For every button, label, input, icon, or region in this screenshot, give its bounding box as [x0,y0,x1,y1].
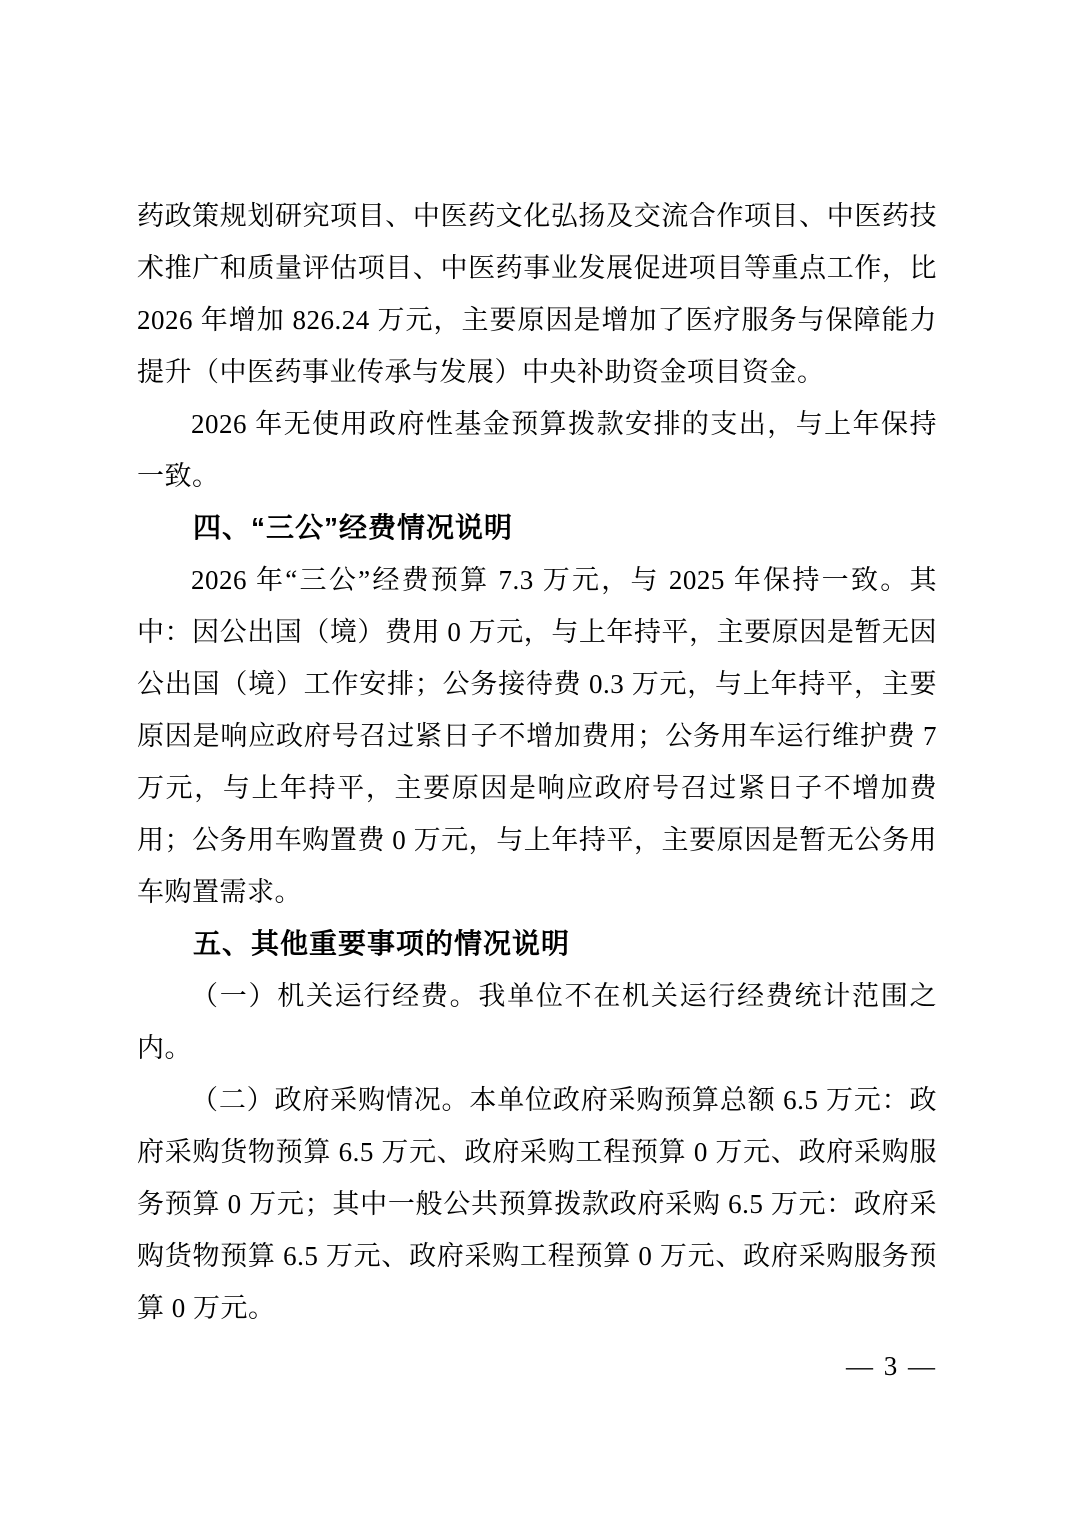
paragraph-gov-fund-budget: 2026 年无使用政府性基金预算拨款安排的支出，与上年保持一致。 [137,398,937,502]
document-page: 药政策规划研究项目、中医药文化弘扬及交流合作项目、中医药技术推广和质量评估项目、… [0,0,1074,1520]
section-heading-five-other-important-matters: 五、其他重要事项的情况说明 [137,918,937,970]
paragraph-agency-operating-expenses: （一）机关运行经费。我单位不在机关运行经费统计范围之内。 [137,970,937,1074]
paragraph-government-procurement: （二）政府采购情况。本单位政府采购预算总额 6.5 万元：政府采购货物预算 6.… [137,1074,937,1334]
paragraph-three-public-expenses-detail: 2026 年“三公”经费预算 7.3 万元，与 2025 年保持一致。其中：因公… [137,554,937,918]
document-body: 药政策规划研究项目、中医药文化弘扬及交流合作项目、中医药技术推广和质量评估项目、… [137,190,937,1334]
paragraph-continuation: 药政策规划研究项目、中医药文化弘扬及交流合作项目、中医药技术推广和质量评估项目、… [137,190,937,398]
page-number: — 3 — [846,1350,937,1382]
section-heading-four-three-public-expenses: 四、“三公”经费情况说明 [137,502,937,554]
